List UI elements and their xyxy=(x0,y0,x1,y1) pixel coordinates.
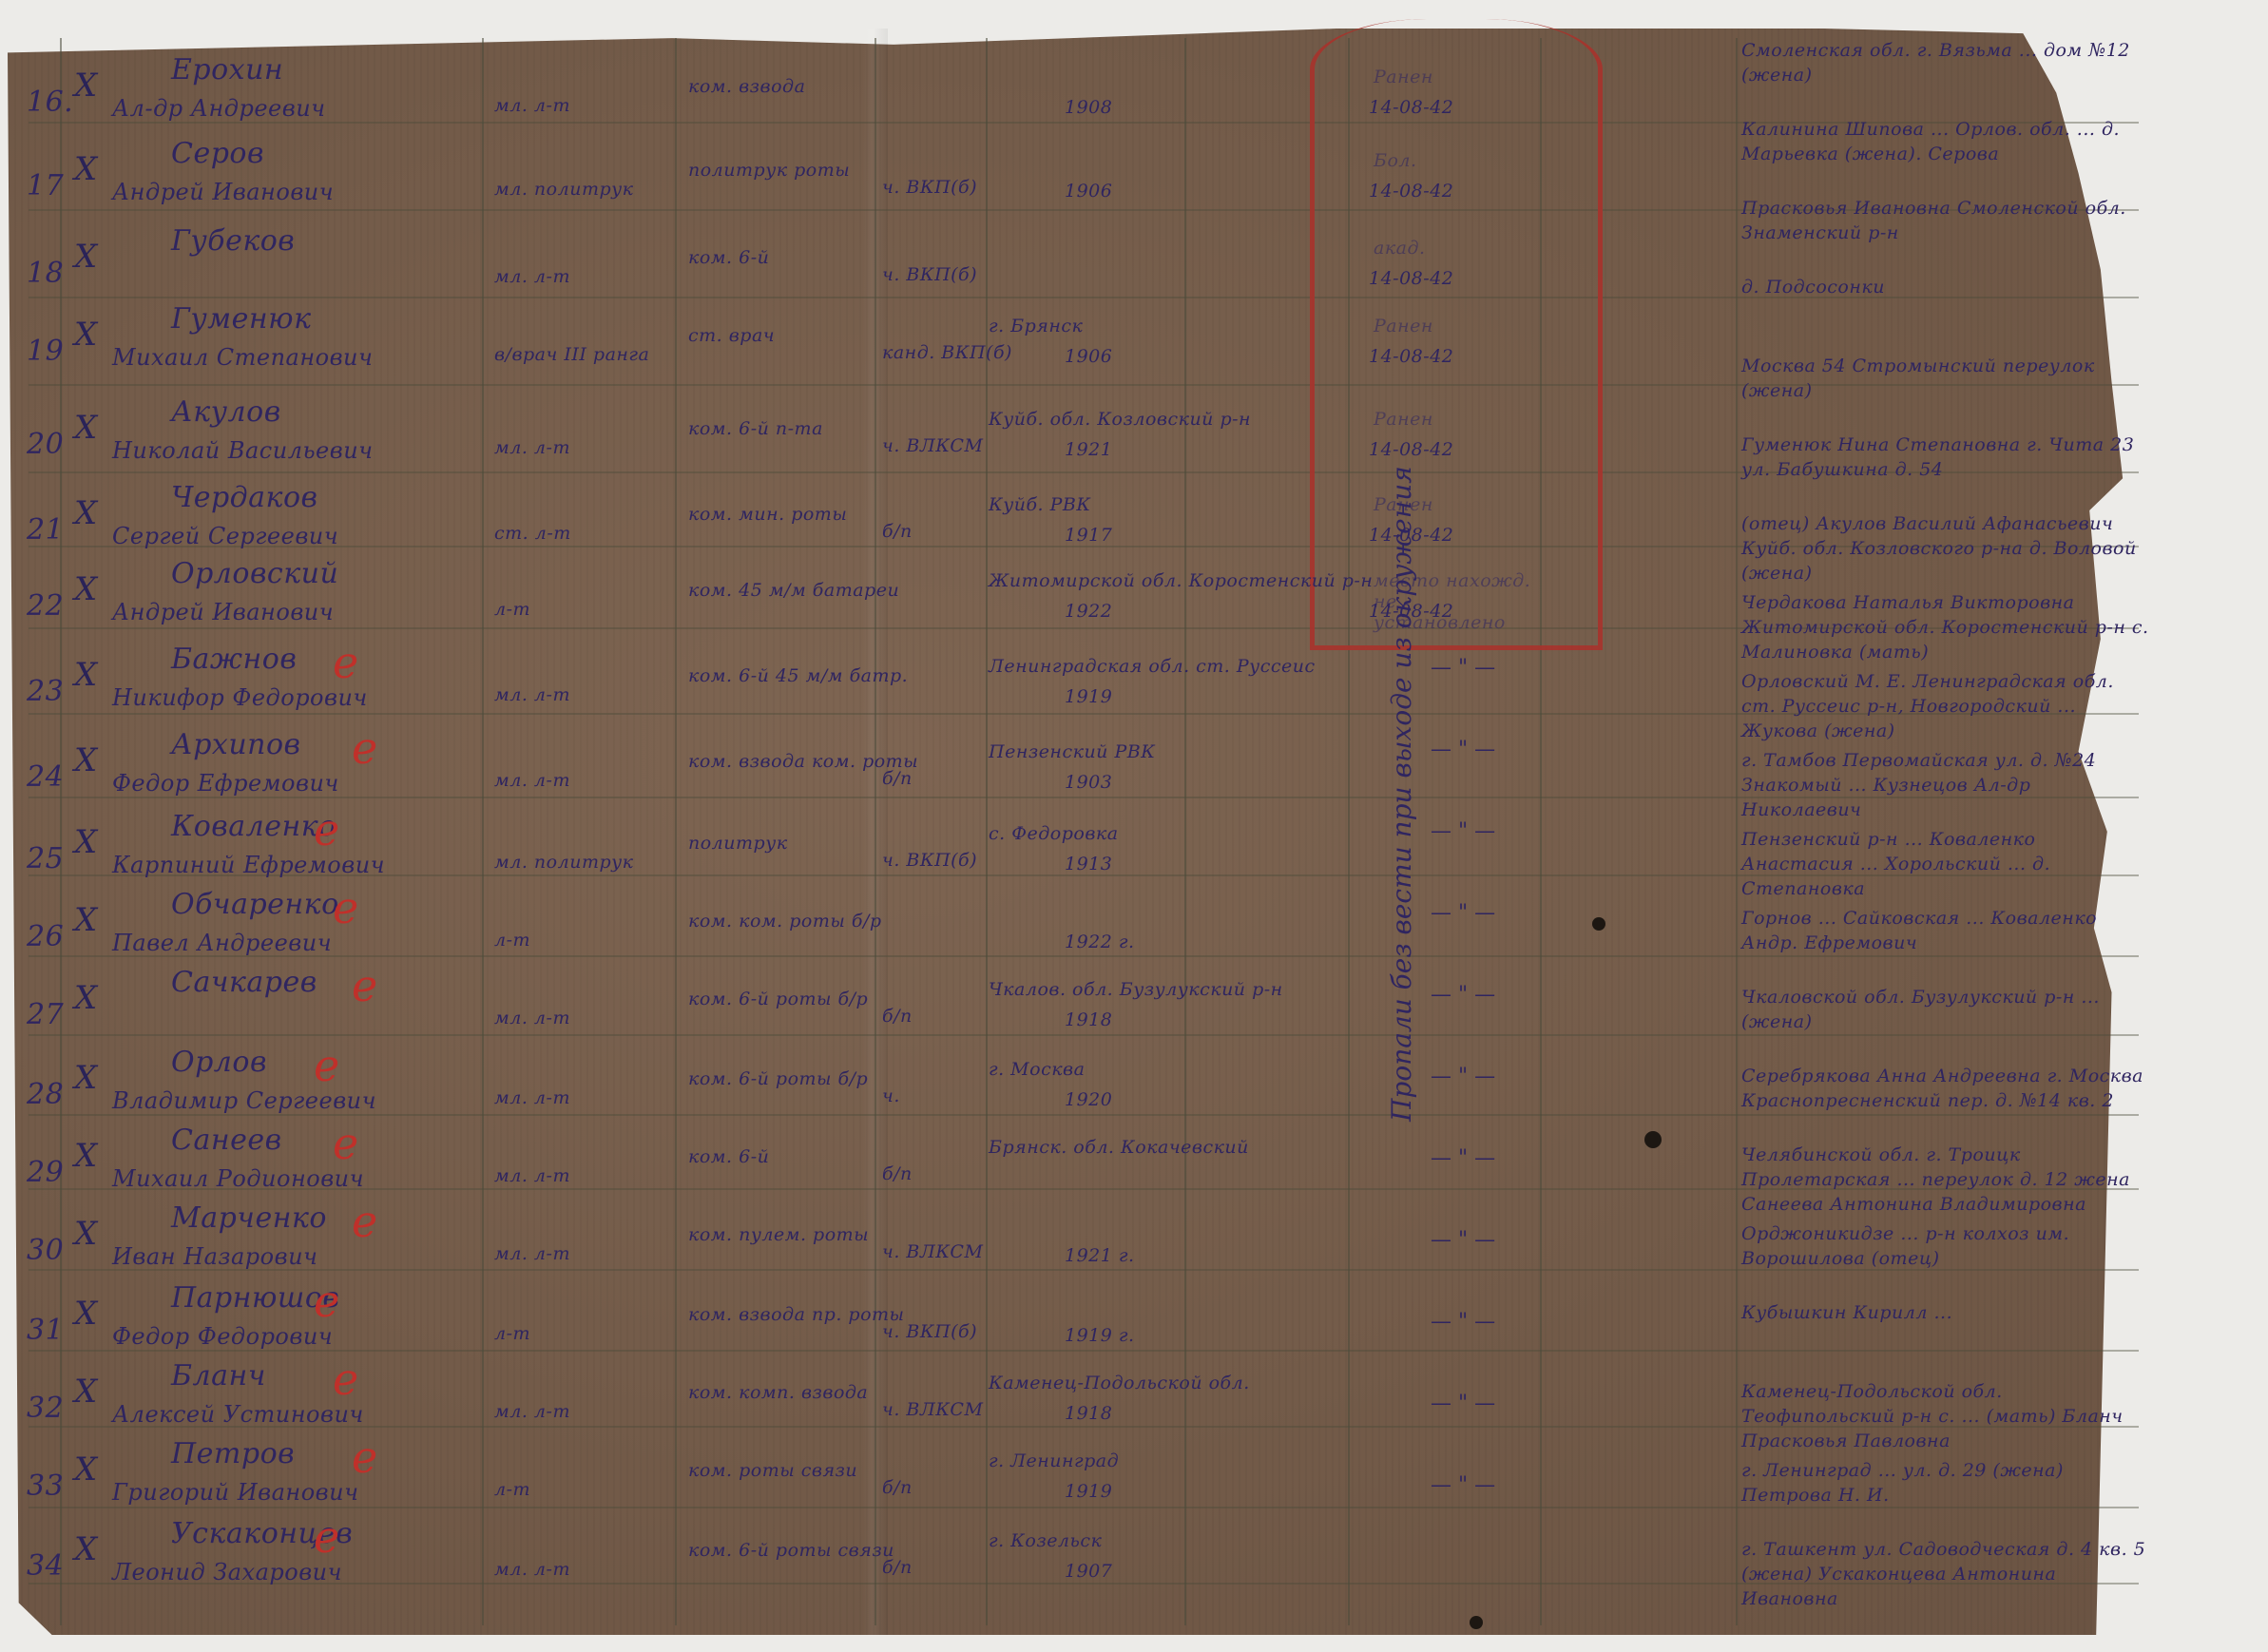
check-mark: X xyxy=(74,316,97,354)
check-mark: X xyxy=(74,1373,97,1411)
row-number: 23 xyxy=(27,675,64,708)
relative-address: Орловский М. Е. Ленинградская обл. ст. Р… xyxy=(1741,669,2150,743)
relative-address: г. Тамбов Первомайская ул. д. №24 Знаком… xyxy=(1741,748,2150,822)
row-number: 26 xyxy=(27,920,64,953)
party: ч. ВЛКСМ xyxy=(882,435,983,456)
party: ч. ВКП(б) xyxy=(882,850,977,871)
birth-year: 1922 г. xyxy=(1065,932,1135,952)
rank: ст. л-т xyxy=(494,523,571,544)
surname: Гуменюк xyxy=(171,302,311,336)
row-number: 28 xyxy=(27,1078,64,1111)
red-check-mark: e xyxy=(333,1354,358,1405)
first-name-patronymic: Алексей Устинович xyxy=(112,1401,364,1428)
row-number: 31 xyxy=(27,1314,64,1347)
row-number: 30 xyxy=(27,1234,64,1267)
row-number: 16. xyxy=(27,86,73,119)
birth-year: 1921 xyxy=(1065,439,1112,460)
vertical-note: Пропали без вести при выходе из окружени… xyxy=(1386,466,1417,1122)
birth-year: 1918 xyxy=(1065,1009,1112,1030)
red-check-mark: e xyxy=(333,882,358,933)
row-number: 17 xyxy=(27,169,64,202)
first-name-patronymic: Михаил Родионович xyxy=(112,1165,364,1192)
surname: Орловский xyxy=(171,557,338,590)
surname: Марченко xyxy=(171,1201,327,1235)
post: ком. 6-й xyxy=(688,1146,769,1167)
check-mark: X xyxy=(74,150,97,188)
check-mark: X xyxy=(74,979,97,1017)
loss-date: 14-08-42 xyxy=(1369,346,1453,367)
surname: Чердаков xyxy=(171,481,317,514)
first-name-patronymic: Владимир Сергеевич xyxy=(112,1087,376,1114)
post: ком. 6-й xyxy=(688,247,769,268)
loss-date: 14-08-42 xyxy=(1369,268,1453,289)
post: политрук роты xyxy=(688,160,850,181)
party: б/п xyxy=(882,521,913,542)
ditto-mark: — " — xyxy=(1431,1310,1495,1334)
post: ком. роты связи xyxy=(688,1460,857,1481)
relative-address: г. Ленинград ... ул. д. 29 (жена) Петров… xyxy=(1741,1458,2150,1508)
surname: Серов xyxy=(171,137,264,170)
rank: мл. л-т xyxy=(494,770,570,791)
check-mark: X xyxy=(74,741,97,779)
first-name-patronymic: Иван Назарович xyxy=(112,1243,317,1270)
relative-address: Прасковья Ивановна Смоленской обл. Знаме… xyxy=(1741,196,2150,245)
relative-address: Калинина Шипова ... Орлов. обл. ... д. М… xyxy=(1741,117,2150,166)
birthplace: г. Козельск xyxy=(989,1530,1102,1551)
check-mark: X xyxy=(74,67,97,105)
post: ком. 45 м/м батареи xyxy=(688,580,899,601)
surname: Ерохин xyxy=(171,53,283,86)
birth-year: 1918 xyxy=(1065,1403,1112,1424)
birth-year: 1921 г. xyxy=(1065,1245,1135,1266)
check-mark: X xyxy=(74,409,97,447)
birthplace: Куйб. обл. Козловский р-н xyxy=(989,409,1251,430)
birthplace: Каменец-Подольской обл. xyxy=(989,1373,1250,1393)
paper-hole xyxy=(1592,917,1605,931)
red-check-mark: e xyxy=(352,960,377,1011)
ditto-mark: — " — xyxy=(1431,819,1495,843)
red-check-mark: e xyxy=(352,1431,377,1483)
check-mark: X xyxy=(74,1450,97,1489)
birthplace: г. Ленинград xyxy=(989,1450,1119,1471)
rank: в/врач III ранга xyxy=(494,344,649,365)
first-name-patronymic: Михаил Степанович xyxy=(112,344,373,371)
fate: Ранен xyxy=(1374,409,1535,430)
check-mark: X xyxy=(74,570,97,608)
post: ком. 6-й 45 м/м батр. xyxy=(688,665,908,686)
party: б/п xyxy=(882,1163,913,1184)
surname: Акулов xyxy=(171,395,281,429)
post: ком. ком. роты б/р xyxy=(688,911,882,932)
post: политрук xyxy=(688,833,788,854)
post: ком. 6-й роты б/р xyxy=(688,1068,868,1089)
post: ком. взвода xyxy=(688,76,805,97)
party: б/п xyxy=(882,1477,913,1498)
first-name-patronymic: Федор Ефремович xyxy=(112,770,339,797)
post: ком. комп. взвода xyxy=(688,1382,868,1403)
relative-address: г. Ташкент ул. Садоводческая д. 4 кв. 5 … xyxy=(1741,1537,2150,1611)
ditto-mark: — " — xyxy=(1431,656,1495,680)
first-name-patronymic: Андрей Иванович xyxy=(112,179,334,205)
post: ком. взвода пр. роты xyxy=(688,1304,905,1325)
post: ком. 6-й роты связи xyxy=(688,1540,894,1561)
paper-tear xyxy=(2177,1203,2192,1211)
red-check-mark: e xyxy=(314,804,339,855)
ditto-mark: — " — xyxy=(1431,983,1495,1007)
row-number: 32 xyxy=(27,1392,64,1425)
birth-year: 1907 xyxy=(1065,1561,1112,1582)
ditto-mark: — " — xyxy=(1431,1228,1495,1252)
loss-date: 14-08-42 xyxy=(1369,525,1453,546)
grid-line xyxy=(1736,38,1738,1625)
surname: Орлов xyxy=(171,1046,267,1079)
surname: Бланч xyxy=(171,1359,266,1393)
rank: л-т xyxy=(494,930,530,951)
birthplace: Пензенский РВК xyxy=(989,741,1155,762)
party: б/п xyxy=(882,1006,913,1027)
ditto-mark: — " — xyxy=(1431,1146,1495,1170)
post: ком. 6-й п-та xyxy=(688,418,823,439)
party: ч. ВКП(б) xyxy=(882,1321,977,1342)
birthplace: Житомирской обл. Коростенский р-н xyxy=(989,570,1373,591)
row-number: 24 xyxy=(27,760,64,794)
fate: Ранен xyxy=(1374,494,1535,515)
first-name-patronymic: Николай Васильевич xyxy=(112,437,374,464)
rank: мл. л-т xyxy=(494,437,570,458)
row-number: 29 xyxy=(27,1156,64,1189)
rank: мл. л-т xyxy=(494,1559,570,1580)
loss-date: 14-08-42 xyxy=(1369,97,1453,118)
surname: Петров xyxy=(171,1437,295,1470)
relative-address: Горнов ... Сайковская ... Коваленко Андр… xyxy=(1741,906,2150,955)
relative-address: Чердакова Наталья Викторовна Житомирской… xyxy=(1741,590,2150,664)
row-number: 22 xyxy=(27,589,64,623)
birthplace: Чкалов. обл. Бузулукский р-н xyxy=(989,979,1283,1000)
fate: место нахожд. не установлено xyxy=(1374,570,1535,633)
ditto-mark: — " — xyxy=(1431,901,1495,925)
surname: Обчаренко xyxy=(171,888,339,921)
party: канд. ВКП(б) xyxy=(882,342,1012,363)
fate: Бол. xyxy=(1374,150,1535,171)
relative-address: Чкаловской обл. Бузулукский р-н ... (жен… xyxy=(1741,985,2150,1034)
rank: мл. л-т xyxy=(494,1401,570,1422)
loss-date: 14-08-42 xyxy=(1369,181,1453,202)
relative-address: Москва 54 Стромынский переулок (жена) xyxy=(1741,354,2150,403)
first-name-patronymic: Леонид Захарович xyxy=(112,1559,342,1585)
rank: мл. л-т xyxy=(494,1008,570,1028)
first-name-patronymic: Григорий Иванович xyxy=(112,1479,359,1506)
check-mark: X xyxy=(74,901,97,939)
rank: л-т xyxy=(494,1479,530,1500)
post: ст. врач xyxy=(688,325,775,346)
first-name-patronymic: Сергей Сергеевич xyxy=(112,523,338,549)
birthplace: Куйб. РВК xyxy=(989,494,1091,515)
first-name-patronymic: Ал-др Андреевич xyxy=(112,95,326,122)
rank: л-т xyxy=(494,599,530,620)
grid-line xyxy=(675,38,677,1625)
rank: мл. политрук xyxy=(494,852,634,873)
birthplace: г. Брянск xyxy=(989,316,1083,336)
ditto-mark: — " — xyxy=(1431,1392,1495,1415)
birthplace: Ленинградская обл. ст. Руссеис xyxy=(989,656,1316,677)
birth-year: 1919 г. xyxy=(1065,1325,1135,1346)
surname: Сачкарев xyxy=(171,966,317,999)
rank: мл. политрук xyxy=(494,179,634,200)
party: б/п xyxy=(882,1557,913,1578)
party: б/п xyxy=(882,768,913,789)
birth-year: 1919 xyxy=(1065,1481,1112,1502)
first-name-patronymic: Федор Федорович xyxy=(112,1323,333,1350)
rank: мл. л-т xyxy=(494,1243,570,1264)
row-number: 21 xyxy=(27,513,64,547)
surname: Губеков xyxy=(171,224,295,258)
post: ком. мин. роты xyxy=(688,504,847,525)
relative-address: Пензенский р-н ... Коваленко Анастасия .… xyxy=(1741,827,2150,901)
grid-line xyxy=(29,1114,2139,1116)
first-name-patronymic: Никифор Федорович xyxy=(112,684,368,711)
relative-address: Челябинской обл. г. Троицк Пролетарская … xyxy=(1741,1143,2150,1217)
surname: Коваленко xyxy=(171,810,336,843)
birth-year: 1922 xyxy=(1065,601,1112,622)
grid-line xyxy=(29,1034,2139,1036)
birth-year: 1919 xyxy=(1065,686,1112,707)
first-name-patronymic: Карпиний Ефремович xyxy=(112,852,385,878)
check-mark: X xyxy=(74,494,97,532)
relative-address: Орджоникидзе ... р-н колхоз им. Ворошило… xyxy=(1741,1221,2150,1271)
check-mark: X xyxy=(74,1059,97,1097)
birth-year: 1906 xyxy=(1065,181,1112,202)
fate: акад. xyxy=(1374,238,1535,259)
relative-address: Кубышкин Кирилл ... xyxy=(1741,1300,2150,1325)
birth-year: 1913 xyxy=(1065,854,1112,874)
birth-year: 1908 xyxy=(1065,97,1112,118)
loss-date: 14-08-42 xyxy=(1369,439,1453,460)
post: ком. пулем. роты xyxy=(688,1224,869,1245)
check-mark: X xyxy=(74,1295,97,1333)
relative-address: д. Подсосонки xyxy=(1741,275,2150,299)
grid-line xyxy=(875,38,876,1625)
check-mark: X xyxy=(74,656,97,694)
red-check-mark: e xyxy=(314,1511,339,1563)
ditto-mark: — " — xyxy=(1431,1065,1495,1088)
red-check-mark: e xyxy=(314,1276,339,1327)
relative-address: Гуменюк Нина Степановна г. Чита 23 ул. Б… xyxy=(1741,432,2150,482)
check-mark: X xyxy=(74,1530,97,1568)
grid-line xyxy=(29,1350,2139,1352)
check-mark: X xyxy=(74,1215,97,1253)
row-number: 27 xyxy=(27,998,64,1031)
paper-hole xyxy=(1470,1616,1483,1629)
red-check-mark: e xyxy=(352,1196,377,1247)
rank: л-т xyxy=(494,1323,530,1344)
birth-year: 1906 xyxy=(1065,346,1112,367)
birth-year: 1917 xyxy=(1065,525,1112,546)
rank: мл. л-т xyxy=(494,684,570,705)
red-check-mark: e xyxy=(352,722,377,774)
party: ч. ВЛКСМ xyxy=(882,1399,983,1420)
first-name-patronymic: Андрей Иванович xyxy=(112,599,334,625)
birthplace: с. Федоровка xyxy=(989,823,1119,844)
party: ч. ВКП(б) xyxy=(882,264,977,285)
red-check-mark: e xyxy=(333,1118,358,1169)
birth-year: 1903 xyxy=(1065,772,1112,793)
fate: Ранен xyxy=(1374,316,1535,336)
party: ч. ВКП(б) xyxy=(882,177,977,198)
relative-address: (отец) Акулов Василий Афанасьевич Куйб. … xyxy=(1741,511,2150,586)
rank: мл. л-т xyxy=(494,95,570,116)
row-number: 25 xyxy=(27,842,64,875)
surname: Санеев xyxy=(171,1124,282,1157)
check-mark: X xyxy=(74,823,97,861)
party: ч. xyxy=(882,1085,900,1106)
rank: мл. л-т xyxy=(494,266,570,287)
red-check-mark: e xyxy=(333,637,358,688)
rank: мл. л-т xyxy=(494,1087,570,1108)
surname: Бажнов xyxy=(171,643,297,676)
rank: мл. л-т xyxy=(494,1165,570,1186)
grid-line xyxy=(482,38,484,1625)
grid-line xyxy=(29,955,2139,957)
relative-address: Серебрякова Анна Андреевна г. Москва Кра… xyxy=(1741,1064,2150,1113)
ditto-mark: — " — xyxy=(1431,738,1495,761)
grid-line xyxy=(986,38,988,1625)
relative-address: Смоленская обл. г. Вязьма ... дом №12 (ж… xyxy=(1741,38,2150,87)
red-check-mark: e xyxy=(314,1040,339,1091)
first-name-patronymic: Павел Андреевич xyxy=(112,930,332,956)
ditto-mark: — " — xyxy=(1431,1473,1495,1497)
birthplace: Брянск. обл. Кокачевский xyxy=(989,1137,1249,1158)
relative-address: Каменец-Подольской обл. Теофипольский р-… xyxy=(1741,1379,2150,1453)
row-number: 18 xyxy=(27,257,64,290)
check-mark: X xyxy=(74,238,97,276)
fate: Ранен xyxy=(1374,67,1535,87)
party: ч. ВЛКСМ xyxy=(882,1241,983,1262)
row-number: 20 xyxy=(27,428,64,461)
paper-tear xyxy=(2157,1467,2182,1484)
surname: Архипов xyxy=(171,728,301,761)
post: ком. 6-й роты б/р xyxy=(688,989,868,1009)
check-mark: X xyxy=(74,1137,97,1175)
birthplace: г. Москва xyxy=(989,1059,1085,1080)
row-number: 19 xyxy=(27,335,64,368)
birth-year: 1920 xyxy=(1065,1089,1112,1110)
paper-hole xyxy=(1644,1131,1662,1148)
row-number: 34 xyxy=(27,1549,64,1583)
row-number: 33 xyxy=(27,1470,64,1503)
